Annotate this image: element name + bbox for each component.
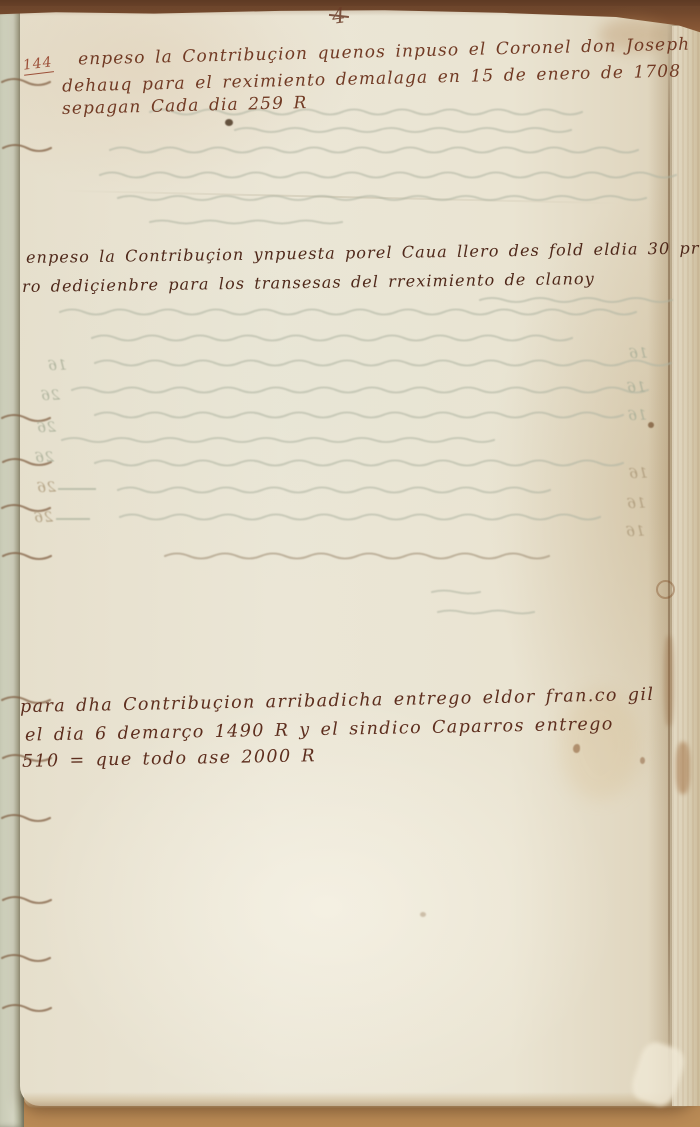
archival-manuscript-scan: 16 26 26 26 26 26 16 16 16 16 16 16 144 … xyxy=(0,0,700,1127)
stain xyxy=(664,636,674,726)
bleedthrough-number: 16 xyxy=(47,357,68,374)
manuscript-page xyxy=(20,0,700,1106)
stain xyxy=(560,690,640,800)
bleedthrough-number: 16 xyxy=(627,407,648,424)
bleedthrough-number: 26 xyxy=(33,509,54,526)
stain xyxy=(420,912,426,917)
page-bottom-edge xyxy=(24,1092,696,1108)
bleedthrough-number: 16 xyxy=(628,465,649,482)
stain xyxy=(648,422,654,428)
bleedthrough-number: 26 xyxy=(36,419,57,436)
stain-ring xyxy=(656,580,675,599)
fold-crease xyxy=(668,30,670,1090)
underlying-page-edge xyxy=(672,26,700,1106)
folio-number: 144 xyxy=(22,54,54,75)
bleedthrough-number: 16 xyxy=(625,523,646,540)
ink-speck xyxy=(640,757,645,764)
bleedthrough-number: 26 xyxy=(34,449,55,466)
bleedthrough-number: 16 xyxy=(626,379,647,396)
bleedthrough-number: 26 xyxy=(40,387,61,404)
bleedthrough-number: 26 xyxy=(36,479,57,496)
stain xyxy=(676,742,690,794)
bleedthrough-number: 16 xyxy=(628,345,649,362)
ink-blot xyxy=(225,119,233,126)
binding-top-shadow xyxy=(0,6,700,16)
bleedthrough-number: 16 xyxy=(626,495,647,512)
